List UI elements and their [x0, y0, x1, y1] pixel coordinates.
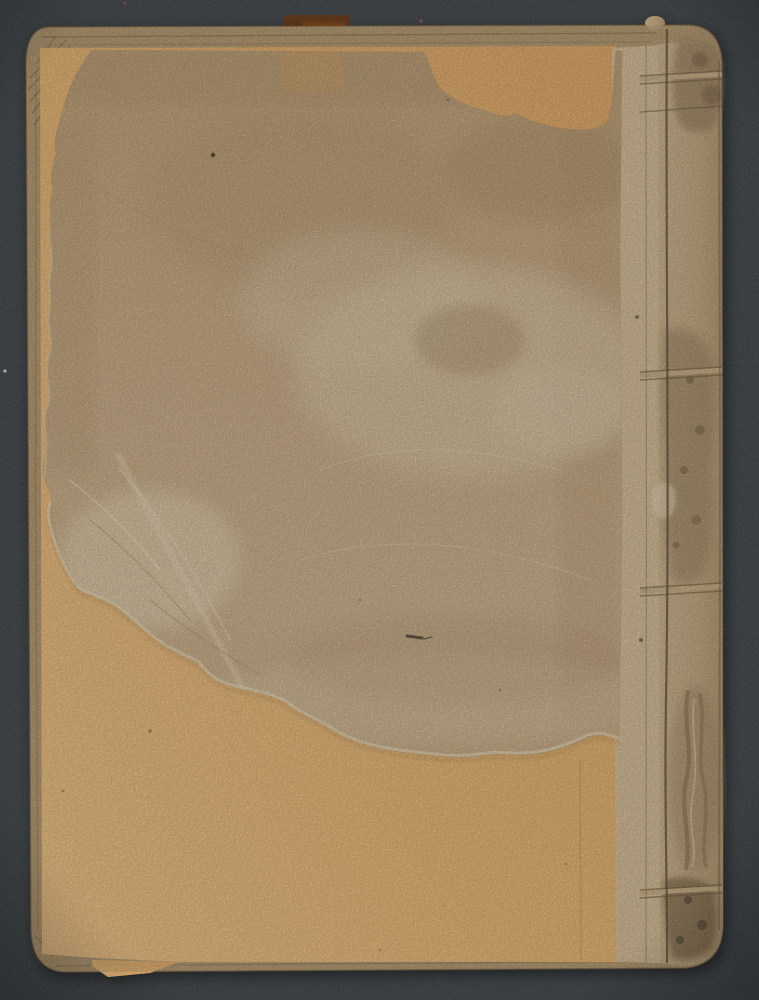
photo-stage: Back cover of an antique limp-bound book…: [0, 0, 759, 1000]
photo-vignette: [0, 0, 759, 1000]
book-cover-photo: Back cover of an antique limp-bound book…: [0, 0, 759, 1000]
